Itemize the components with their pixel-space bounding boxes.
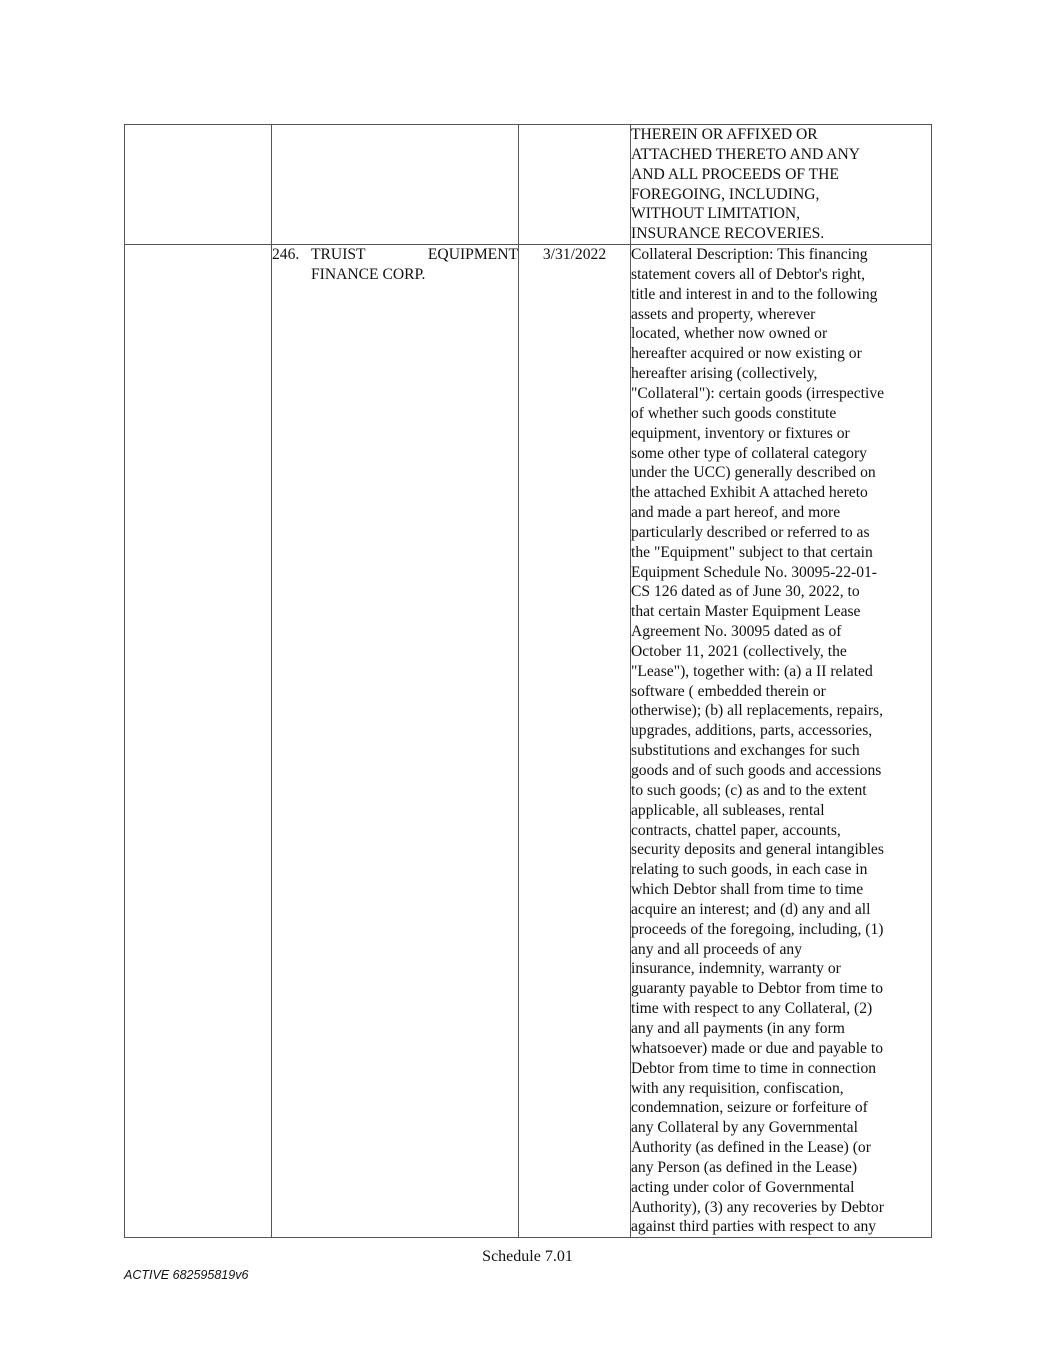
description-line: WITHOUT LIMITATION, <box>631 204 931 224</box>
description-line: applicable, all subleases, rental <box>631 801 931 821</box>
table-row: 246. TRUIST EQUIPMENT FINANCE CORP. 3/31… <box>125 245 932 1238</box>
description-line: particularly described or referred to as <box>631 523 931 543</box>
table-row: THEREIN OR AFFIXED OR ATTACHED THERETO A… <box>125 125 932 245</box>
description-line: INSURANCE RECOVERIES. <box>631 224 931 244</box>
schedule-footer-title: Schedule 7.01 <box>0 1248 1055 1266</box>
description-line: "Lease"), together with: (a) a II relate… <box>631 662 931 682</box>
description-line: CS 126 dated as of June 30, 2022, to <box>631 582 931 602</box>
description-line: Authority (as defined in the Lease) (or <box>631 1138 931 1158</box>
description-line: any Person (as defined in the Lease) <box>631 1158 931 1178</box>
description-line: Debtor from time to time in connection <box>631 1059 931 1079</box>
description-line: goods and of such goods and accessions <box>631 761 931 781</box>
filing-date-cell: 3/31/2022 <box>519 245 631 1238</box>
description-line: some other type of collateral category <box>631 444 931 464</box>
description-line: hereafter acquired or now existing or <box>631 344 931 364</box>
description-line: equipment, inventory or fixtures or <box>631 424 931 444</box>
description-line: October 11, 2021 (collectively, the <box>631 642 931 662</box>
description-line: to such goods; (c) as and to the extent <box>631 781 931 801</box>
description-line: AND ALL PROCEEDS OF THE <box>631 165 931 185</box>
description-line: Collateral Description: This financing <box>631 245 931 265</box>
secured-party-name-word: EQUIPMENT <box>428 245 518 265</box>
description-line: any and all payments (in any form <box>631 1019 931 1039</box>
description-line: hereafter arising (collectively, <box>631 364 931 384</box>
description-line: acting under color of Governmental <box>631 1178 931 1198</box>
description-line: statement covers all of Debtor's right, <box>631 265 931 285</box>
description-line: the "Equipment" subject to that certain <box>631 543 931 563</box>
description-line: any and all proceeds of any <box>631 940 931 960</box>
description-line: time with respect to any Collateral, (2) <box>631 999 931 1019</box>
description-line: Authority), (3) any recoveries by Debtor <box>631 1198 931 1218</box>
description-line: that certain Master Equipment Lease <box>631 602 931 622</box>
description-line: which Debtor shall from time to time <box>631 880 931 900</box>
description-line: ATTACHED THERETO AND ANY <box>631 145 931 165</box>
description-line: guaranty payable to Debtor from time to <box>631 979 931 999</box>
secured-party-cell: 246. TRUIST EQUIPMENT FINANCE CORP. <box>272 245 519 1238</box>
description-line: title and interest in and to the followi… <box>631 285 931 305</box>
description-line: any Collateral by any Governmental <box>631 1118 931 1138</box>
collateral-description-cell: Collateral Description: This financingst… <box>631 245 932 1238</box>
description-line: Equipment Schedule No. 30095-22-01- <box>631 563 931 583</box>
description-line: assets and property, wherever <box>631 305 931 325</box>
description-line: substitutions and exchanges for such <box>631 741 931 761</box>
description-line: condemnation, seizure or forfeiture of <box>631 1098 931 1118</box>
secured-party-name-line: FINANCE CORP. <box>311 265 518 285</box>
description-line: the attached Exhibit A attached hereto <box>631 483 931 503</box>
description-line: contracts, chattel paper, accounts, <box>631 821 931 841</box>
description-line: otherwise); (b) all replacements, repair… <box>631 701 931 721</box>
document-id: ACTIVE 682595819v6 <box>124 1268 248 1282</box>
description-line: security deposits and general intangible… <box>631 840 931 860</box>
document-page: THEREIN OR AFFIXED OR ATTACHED THERETO A… <box>0 0 1055 1365</box>
description-line: whatsoever) made or due and payable to <box>631 1039 931 1059</box>
collateral-description-cell: THEREIN OR AFFIXED OR ATTACHED THERETO A… <box>631 125 932 245</box>
description-line: under the UCC) generally described on <box>631 463 931 483</box>
secured-party-cell <box>272 125 519 245</box>
description-line: of whether such goods constitute <box>631 404 931 424</box>
description-line: software ( embedded therein or <box>631 682 931 702</box>
debtor-cell <box>125 245 272 1238</box>
description-line: with any requisition, confiscation, <box>631 1079 931 1099</box>
debtor-cell <box>125 125 272 245</box>
description-line: "Collateral"): certain goods (irrespecti… <box>631 384 931 404</box>
filing-date-cell <box>519 125 631 245</box>
entry-number: 246. <box>272 245 311 265</box>
ucc-schedule-table: THEREIN OR AFFIXED OR ATTACHED THERETO A… <box>124 124 932 1238</box>
description-line: relating to such goods, in each case in <box>631 860 931 880</box>
description-line: Agreement No. 30095 dated as of <box>631 622 931 642</box>
description-line: proceeds of the foregoing, including, (1… <box>631 920 931 940</box>
secured-party-name-word: TRUIST <box>311 245 366 265</box>
description-line: against third parties with respect to an… <box>631 1217 931 1237</box>
description-line: and made a part hereof, and more <box>631 503 931 523</box>
description-line: located, whether now owned or <box>631 324 931 344</box>
description-line: upgrades, additions, parts, accessories, <box>631 721 931 741</box>
description-line: acquire an interest; and (d) any and all <box>631 900 931 920</box>
description-line: FOREGOING, INCLUDING, <box>631 185 931 205</box>
description-line: insurance, indemnity, warranty or <box>631 959 931 979</box>
description-line: THEREIN OR AFFIXED OR <box>631 125 931 145</box>
